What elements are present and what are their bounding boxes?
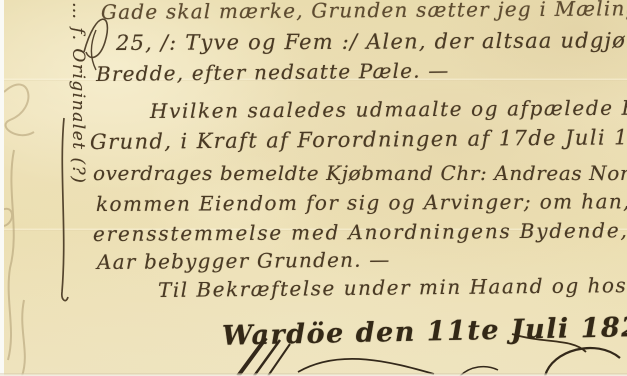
manuscript-line: Bredde, efter nedsatte Pæle. — [96, 59, 450, 85]
bleedthrough-script [2, 84, 34, 376]
manuscript-line: 25, /: Tyve og Fem :/ Alen, der altsaa u… [116, 29, 627, 55]
manuscript-line: erensstemmelse med Anordningens Bydende,… [93, 219, 627, 245]
manuscript-line: Grund, i Kraft af Forordningen af 17de J… [90, 126, 627, 154]
dateline: Wardöe den 11te Juli 1822. [222, 311, 627, 351]
manuscript-line: kommen Eiendom for sig og Arvinger; om h… [96, 190, 627, 215]
manuscript-line: Til Bekræftelse under min Haand og hostr… [158, 273, 627, 301]
manuscript-line: Hvilken saaledes udmaalte og afpælede By… [150, 96, 627, 122]
manuscript-line: Aar bebygger Grunden. — [97, 248, 391, 273]
manuscript-line: overdrages bemeldte Kjøbmand Chr: Andrea… [93, 162, 627, 184]
manuscript-line: Gade skal mærke, Grunden sætter jeg i Mæ… [101, 0, 627, 23]
scan-edge-left [0, 0, 4, 376]
marginalia-note: … f. Originalet (?) [62, 2, 88, 237]
manuscript-scan: … f. Originalet (?) Gade skal mærke, Gru… [0, 0, 627, 376]
